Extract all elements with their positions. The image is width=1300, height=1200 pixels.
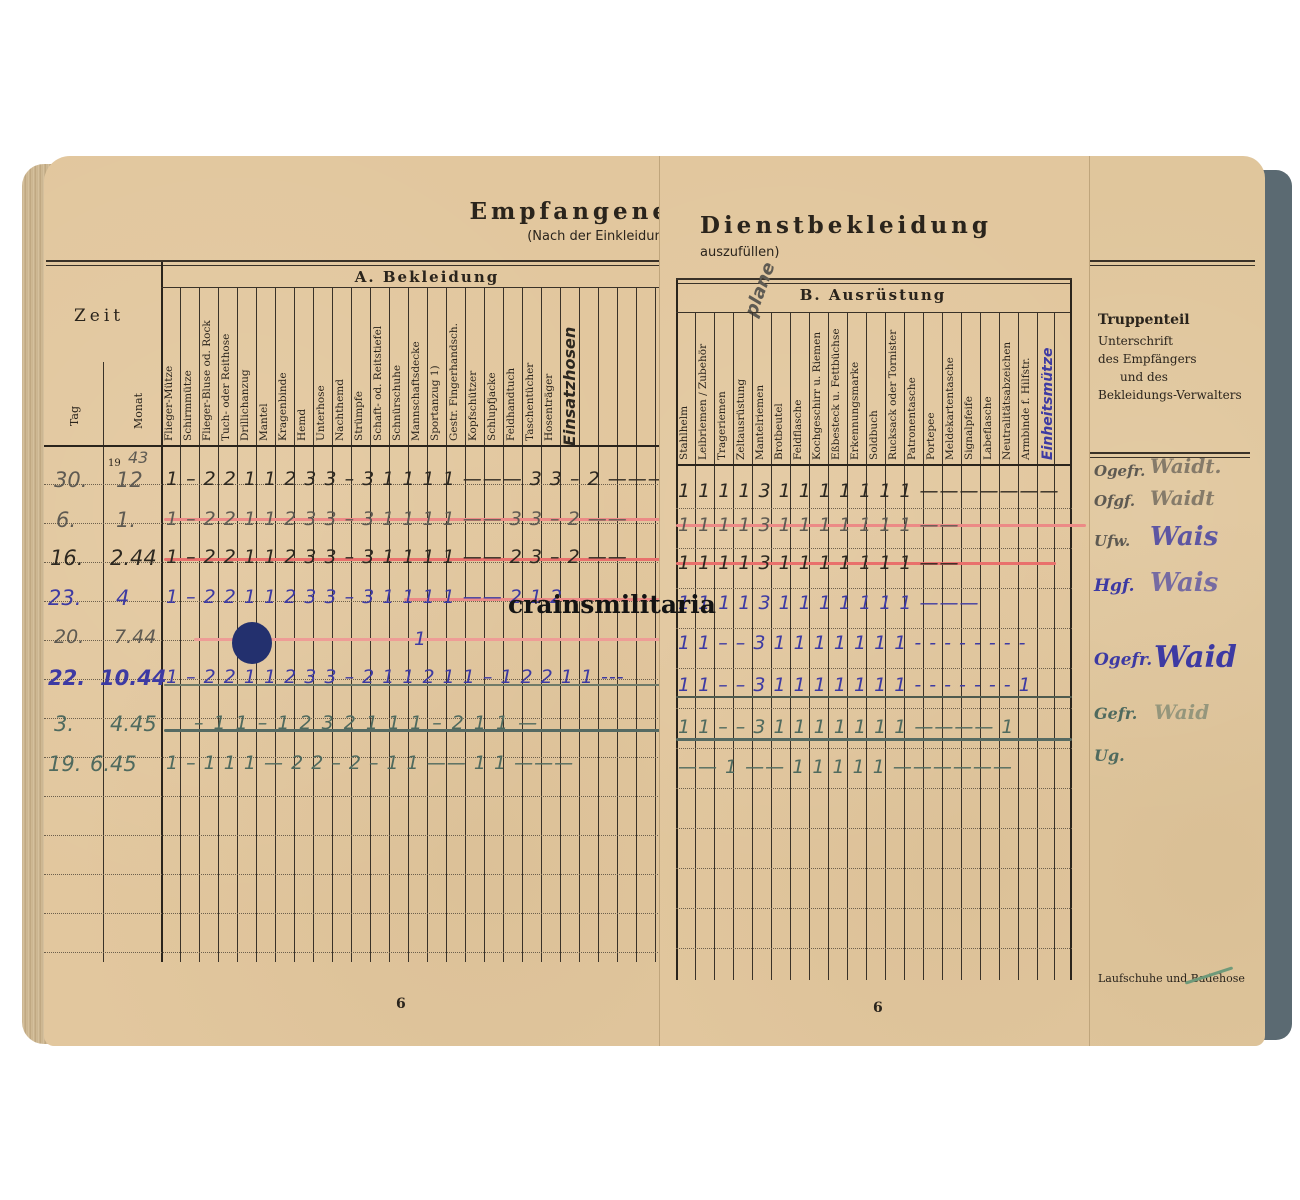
b-row-1: 1 1 1 1 3 1 1 1 1 1 1 1 ——————— (678, 480, 1060, 502)
flap-line-2: des Empfängers (1098, 352, 1197, 366)
col-hosentraeger: Hosenträger (544, 296, 555, 441)
col-flieger-muetze: Flieger-Mütze (164, 296, 175, 441)
col-unterhose: Unterhose (316, 296, 327, 441)
row-monat: 6.45 (90, 752, 137, 776)
col-tuch-reithose: Tuch- oder Reithose (221, 296, 232, 441)
b-row-5: 1 1 – – 3 1 1 1 1 1 1 1 - - - - - - - - (678, 632, 1026, 654)
col-armbinde: Armbinde f. Hilfstr. (1021, 320, 1032, 460)
col-schirmmuetze: Schirmmütze (183, 296, 194, 441)
col-meldekartentasche: Meldekartentasche (945, 320, 956, 460)
row-tag: 22. (48, 666, 85, 690)
b-row-8: —— 1 —— 1 1 1 1 1 —————— (678, 756, 1013, 778)
col-portepee: Portepee (926, 320, 937, 460)
col-zeltausruestung: Zeltausrüstung (736, 320, 747, 460)
col-feldhandtuch: Feldhandtuch (506, 296, 517, 441)
row-monat: 10.44 (100, 666, 166, 690)
row-monat: 12 (116, 468, 143, 492)
row-entries: 1 (414, 628, 426, 650)
row-tag: 3. (54, 712, 74, 736)
col-neutralitaetsabzeichen: Neutralitätsabzeichen (1002, 320, 1013, 460)
signature-rank: Hgf. (1094, 576, 1135, 596)
col-fingerhandschuhe: Gestr. Fingerhandsch. (449, 296, 460, 441)
signature-name: Waidt (1150, 486, 1215, 510)
signature-name: Wais (1150, 522, 1218, 552)
row-monat: 4.45 (110, 712, 157, 736)
row-entries: 1 – 2 2 1 1 2 3 3 – 3 1 1 1 1 —— 2 1 2 (166, 586, 563, 608)
b-row-3: 1 1 1 1 3 1 1 1 1 1 1 1 —— (678, 552, 960, 574)
col-drillichanzug: Drillichanzug (240, 296, 251, 441)
signature-name: Wais (1150, 568, 1218, 598)
page-number-left: 6 (396, 996, 406, 1012)
signature-rank: Gefr. (1094, 704, 1137, 723)
signature-rank: Ug. (1094, 746, 1125, 765)
col-stiefel: Schaft- od. Reitstiefel (373, 296, 384, 441)
row-entries: 1 – 2 2 1 1 2 3 3 – 3 1 1 1 1 ——— 3 3 – … (166, 468, 668, 490)
col-flieger-bluse: Flieger-Bluse od. Rock (202, 296, 213, 441)
b-row-6: 1 1 – – 3 1 1 1 1 1 1 1 - - - - - - - 1 (678, 674, 1032, 696)
col-taschentuecher: Taschentücher (525, 296, 536, 441)
col-leibriemen: Leibriemen / Zubehör (698, 320, 709, 460)
watermark: crainsmilitaria (508, 590, 716, 619)
col-sportanzug: Sportanzug 1) (430, 296, 441, 441)
col-patronentasche: Patronentasche (907, 320, 918, 460)
row-tag: 30. (54, 468, 87, 492)
row-tag: 23. (48, 586, 81, 610)
flap-title: Truppenteil (1098, 312, 1190, 328)
row-entries: 1 – 2 2 1 1 2 3 3 – 3 1 1 1 1 —— 3 3 – 2… (166, 508, 628, 530)
row-entries: 1 – 2 2 1 1 2 3 3 – 2 1 1 2 1 1 – 1 2 2 … (166, 666, 625, 688)
fold-out-flap: Truppenteil Unterschrift des Empfängers … (1089, 156, 1265, 1046)
col-brotbeutel: Brotbeutel (774, 320, 785, 460)
document-title-right: Dienstbekleidung (700, 212, 992, 239)
col-soldbuch: Soldbuch (869, 320, 880, 460)
col-erkennungsmarke: Erkennungsmarke (850, 320, 861, 460)
col-stahlhelm: Stahlhelm (679, 320, 690, 460)
handwritten-einsatzhosen: Einsatzhosen (560, 316, 579, 446)
col-kopfschuetzer: Kopfschützer (468, 296, 479, 441)
col-rucksack: Rucksack oder Tornister (888, 320, 899, 460)
row-monat: 1. (116, 508, 136, 532)
col-kragenbinde: Kragenbinde (278, 296, 289, 441)
col-schnuerschuhe: Schnürschuhe (392, 296, 403, 441)
row-entries: – 1 1 – 1 2 3 2 1 1 1 – 2 1 1 — (194, 712, 539, 734)
signature-rank: Ogefr. (1094, 462, 1145, 480)
b-row-4: 1 1 1 1 3 1 1 1 1 1 1 1 ——— (678, 592, 980, 614)
col-struempfe: Strümpfe (354, 296, 365, 441)
document-title-left: Empfangene (469, 198, 671, 225)
col-mantel: Mantel (259, 296, 270, 441)
handwritten-einheitsmuetze: Einheitsmütze (1040, 320, 1056, 460)
signature-rank: Ofgf. (1094, 492, 1135, 510)
col-nachthemd: Nachthemd (335, 296, 346, 441)
signature-name: Waid (1154, 640, 1237, 675)
row-tag: 19. (48, 752, 81, 776)
flap-rule (1090, 260, 1255, 262)
b-row-2: 1 1 1 1 3 1 1 1 1 1 1 1 —— (678, 514, 960, 536)
signature-rank: Ogefr. (1094, 650, 1152, 670)
document-subtitle-left: (Nach der Einkleidung (527, 229, 671, 244)
col-essbesteck: Eßbesteck u. Fettbüchse (831, 320, 842, 460)
flap-footer: Laufschuhe und Badehose (1098, 972, 1245, 985)
ink-blot (232, 622, 272, 664)
col-schlupfjacke: Schlupfjacke (487, 296, 498, 441)
row-tag: 16. (50, 546, 83, 570)
col-signalpfeife: Signalpfeife (964, 320, 975, 460)
flap-line-4: Bekleidungs-Verwalters (1098, 388, 1242, 402)
col-labeflasche: Labeflasche (983, 320, 994, 460)
right-page: Dienstbekleidung auszufüllen) B. Ausrüst… (659, 156, 1090, 1046)
row-monat: 4 (116, 586, 129, 610)
signature-rank: Ufw. (1094, 532, 1130, 550)
row-tag: 6. (56, 508, 76, 532)
col-feldflasche: Feldflasche (793, 320, 804, 460)
col-trageriemen: Trageriemen (717, 320, 728, 460)
col-kochgeschirr: Kochgeschirr u. Riemen (812, 320, 823, 460)
row-monat: 7.44 (114, 626, 156, 648)
flap-line-3: und des (1120, 370, 1168, 384)
row-monat: 2.44 (110, 546, 157, 570)
col-hemd: Hemd (297, 296, 308, 441)
signature-name: Waid (1154, 700, 1209, 724)
signature-name: Waidt. (1150, 454, 1221, 478)
col-mantelriemen: Mantelriemen (755, 320, 766, 460)
page-number-right: 6 (873, 1000, 883, 1016)
row-entries: 1 – 1 1 1 — 2 2 – 2 – 1 1 —— 1 1 ——— (166, 752, 574, 774)
open-soldbuch: Empfangene (Nach der Einkleidung Zeit Ta… (22, 156, 1292, 1046)
flap-line-1: Unterschrift (1098, 334, 1173, 348)
col-mannschaftsdecke: Mannschaftsdecke (411, 296, 422, 441)
b-row-7: 1 1 – – 3 1 1 1 1 1 1 1 ———— 1 (678, 716, 1015, 738)
book-cover-edge (1262, 170, 1292, 1040)
row-tag: 20. (54, 626, 84, 648)
row-entries: 1 – 2 2 1 1 2 3 3 – 3 1 1 1 1 —— 2 3 – 2… (166, 546, 628, 568)
